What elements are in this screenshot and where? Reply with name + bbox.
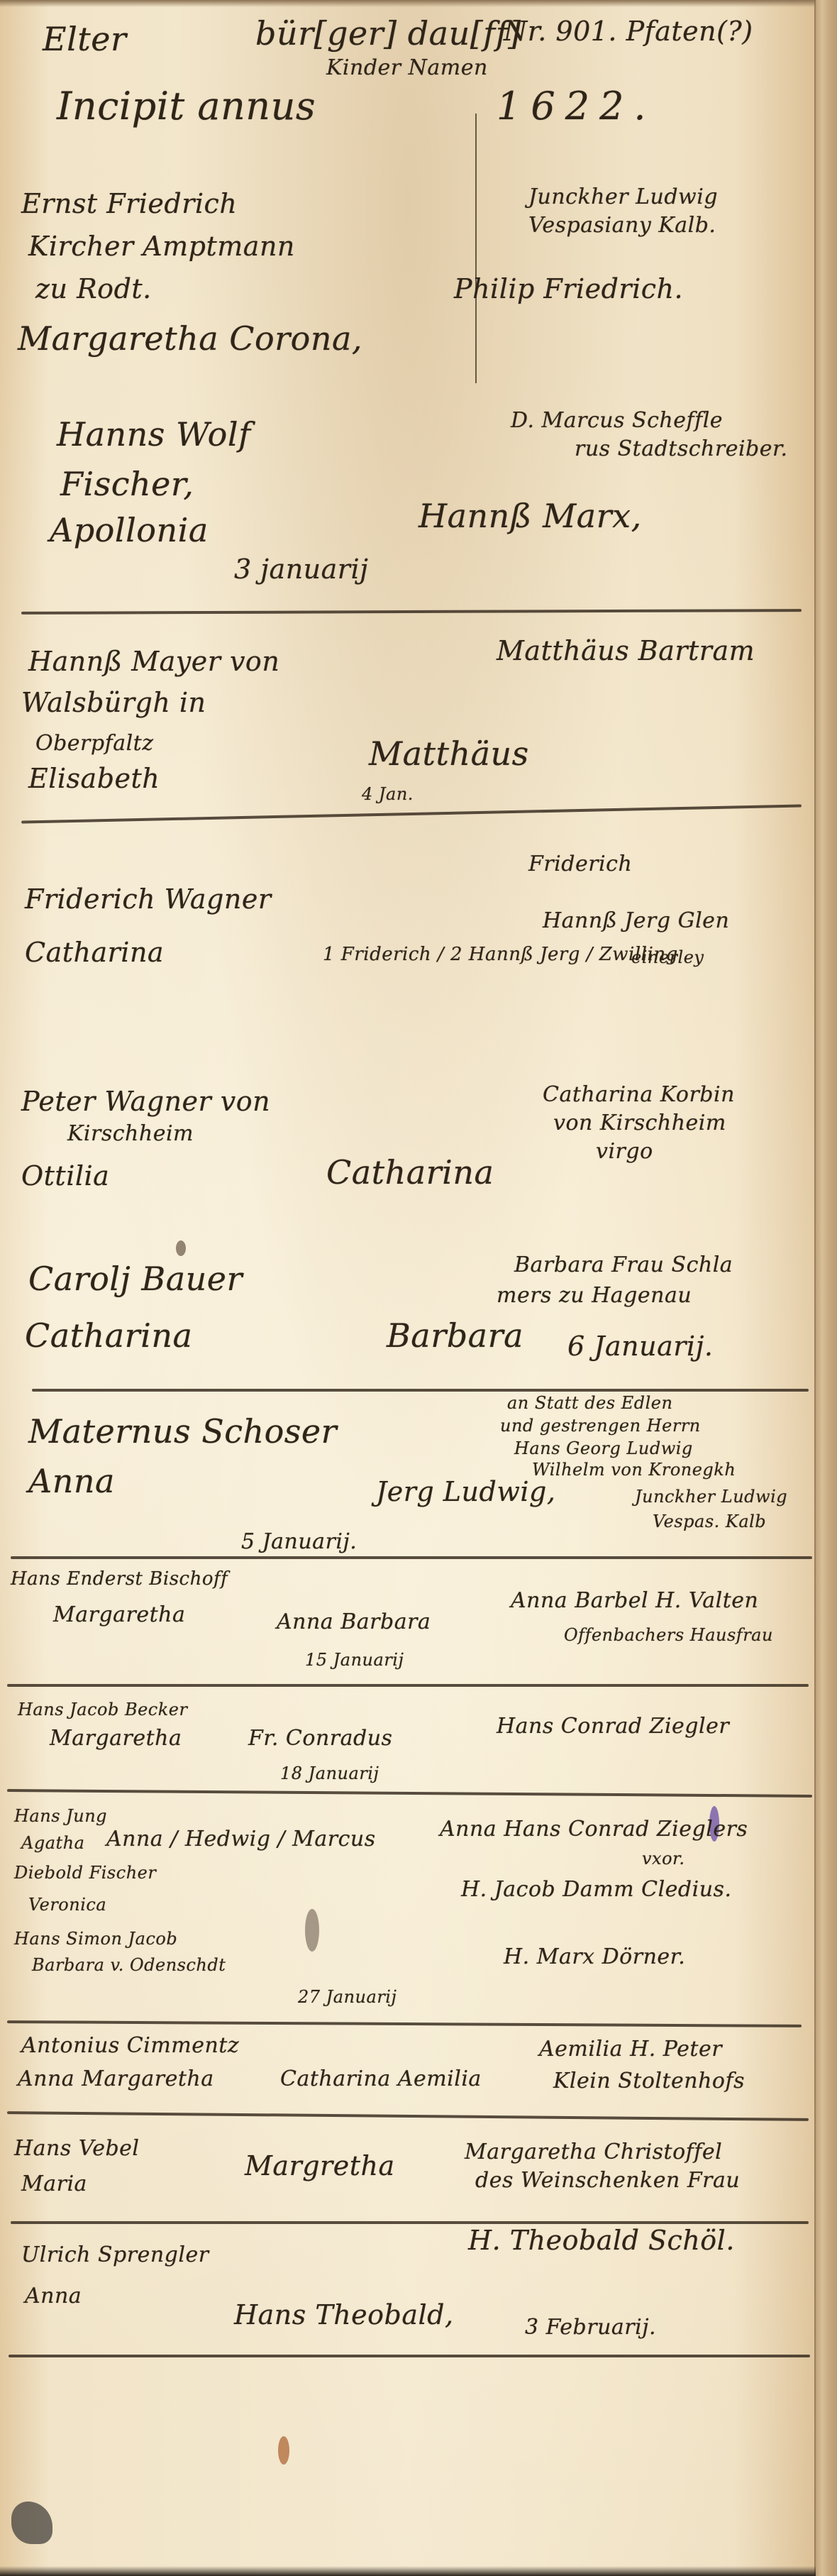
entry-9-godparent-1: Hans Conrad Ziegler xyxy=(497,1714,729,1739)
entry-11-parent-1: Antonius Cimmentz xyxy=(21,2033,239,2058)
entry-7-godparent-2: und gestrengen Herrn xyxy=(500,1416,701,1436)
entry-4-parent-1: Friderich Wagner xyxy=(25,884,272,915)
entry-6-date: 6 Januarij. xyxy=(567,1331,713,1362)
incipit-annus: Incipit annus xyxy=(57,84,316,128)
entry-10-parent-6: Barbara v. Odenschdt xyxy=(32,1955,226,1975)
entry-10-godparent-2: vxor. xyxy=(642,1849,685,1868)
entry-4-child: 1 Friderich / 2 Hannß Jerg / Zwilling xyxy=(323,944,678,965)
entry-4-parent-2: Catharina xyxy=(25,937,164,968)
entry-10-date: 27 Januarij xyxy=(298,1987,397,2007)
entry-10-godparent-4: H. Marx Dörner. xyxy=(504,1944,685,1969)
entry-9-child: Fr. Conradus xyxy=(248,1726,392,1751)
page-edge xyxy=(814,0,837,2576)
entry-13-child: Hans Theobald, xyxy=(234,2299,454,2330)
entry-10-child: Anna / Hedwig / Marcus xyxy=(106,1827,376,1851)
entry-10-parent-2: Agatha xyxy=(21,1833,84,1853)
entry-1-parent-1: Ernst Friedrich xyxy=(21,188,237,219)
entry-7-child: Jerg Ludwig, xyxy=(376,1476,555,1507)
entry-10-parent-5: Hans Simon Jacob xyxy=(14,1929,177,1949)
entry-9-parent-2: Margaretha xyxy=(50,1726,182,1751)
entry-divider xyxy=(32,1389,809,1392)
ink-spot xyxy=(176,1240,186,1256)
entry-8-godparent-2: Offenbachers Hausfrau xyxy=(564,1625,773,1645)
entry-11-godparent-1: Aemilia H. Peter xyxy=(539,2037,722,2062)
entry-10-parent-1: Hans Jung xyxy=(14,1806,107,1826)
entry-5-godparent-1: Catharina Korbin xyxy=(543,1082,735,1107)
entry-10-parent-3: Diebold Fischer xyxy=(14,1863,156,1883)
entry-3-parent-4: Elisabeth xyxy=(28,763,160,794)
entry-7-godparent-1: an Statt des Edlen xyxy=(507,1393,672,1413)
entry-9-date: 18 Januarij xyxy=(280,1763,379,1783)
entry-5-parent-1: Peter Wagner von xyxy=(21,1086,270,1117)
header-kinder-namen: Kinder Namen xyxy=(326,55,488,80)
entry-9-parent-1: Hans Jacob Becker xyxy=(18,1700,187,1719)
entry-12-child: Margretha xyxy=(245,2150,395,2181)
entry-12-godparent-2: des Weinschenken Frau xyxy=(475,2168,740,2193)
entry-1-parent-2: Kircher Amptmann xyxy=(28,231,295,262)
bottom-shadow xyxy=(0,2566,816,2576)
entry-4-godparent-3: einerley xyxy=(631,947,704,967)
entry-6-parent-1: Carolj Bauer xyxy=(28,1260,243,1298)
entry-12-godparent-1: Margaretha Christoffel xyxy=(465,2140,722,2164)
entry-7-parent-1: Maternus Schoser xyxy=(28,1412,337,1451)
entry-10-parent-4: Veronica xyxy=(28,1895,106,1915)
entry-3-parent-1: Hannß Mayer von xyxy=(28,646,279,677)
entry-7-godparent-3: Hans Georg Ludwig xyxy=(514,1438,693,1458)
entry-1-parent-4: Margaretha Corona, xyxy=(18,319,362,358)
year: 1622. xyxy=(497,84,656,128)
entry-11-parent-2: Anna Margaretha xyxy=(18,2066,214,2091)
entry-5-godparent-3: virgo xyxy=(596,1139,653,1164)
entry-8-parent-1: Hans Enderst Bischoff xyxy=(11,1568,228,1590)
entry-6-godparent-1: Barbara Frau Schla xyxy=(514,1253,733,1277)
entry-3-godparent-1: Matthäus Bartram xyxy=(497,635,755,666)
entry-divider xyxy=(7,1684,809,1687)
entry-7-godparent-4: Wilhelm von Kronegkh xyxy=(532,1460,736,1480)
entry-5-parent-3: Ottilia xyxy=(21,1160,109,1191)
header-number: Nr. 901. Pfaten(?) xyxy=(504,16,753,47)
entry-2-parent-2: Fischer, xyxy=(60,465,194,503)
entry-3-date: 4 Jan. xyxy=(362,784,414,804)
header-elter: Elter xyxy=(43,20,127,58)
entry-2-godparent-1: D. Marcus Scheffle xyxy=(511,408,723,433)
entry-1-godparent-1: Junckher Ludwig xyxy=(528,185,718,209)
entry-divider xyxy=(11,1556,812,1559)
header-burger-tauf: bür[ger] dau[ff] xyxy=(255,14,521,53)
entry-3-child: Matthäus xyxy=(369,734,529,773)
entry-4-godparent-2: Hannß Jerg Glen xyxy=(543,908,729,933)
entry-13-date: 3 Februarij. xyxy=(525,2315,656,2340)
entry-divider xyxy=(11,2221,809,2224)
entry-13-parent-2: Anna xyxy=(25,2284,82,2308)
entry-12-parent-2: Maria xyxy=(21,2172,87,2196)
entry-10-godparent-3: H. Jacob Damm Cledius. xyxy=(461,1877,731,1902)
entry-8-date: 15 Januarij xyxy=(305,1650,404,1670)
entry-12-parent-1: Hans Vebel xyxy=(14,2136,140,2161)
entry-4-godparent-1: Friderich xyxy=(528,852,632,876)
entry-2-godparent-2: rus Stadtschreiber. xyxy=(575,436,788,461)
entry-8-child: Anna Barbara xyxy=(277,1609,431,1634)
entry-7-parent-2: Anna xyxy=(28,1462,115,1500)
entry-13-godparent-1: H. Theobald Schöl. xyxy=(468,2225,735,2256)
top-shadow xyxy=(0,0,816,7)
entry-8-parent-2: Margaretha xyxy=(53,1602,185,1627)
entry-2-child: Hannß Marx, xyxy=(418,497,642,535)
entry-1-parent-3: zu Rodt. xyxy=(35,273,152,304)
entry-6-child: Barbara xyxy=(387,1316,523,1355)
entry-1-child: Philip Friedrich. xyxy=(454,273,683,304)
entry-7-godparent-5: Junckher Ludwig xyxy=(635,1487,787,1507)
entry-10-godparent-1: Anna Hans Conrad Zieglers xyxy=(440,1817,748,1842)
entry-5-parent-2: Kirschheim xyxy=(67,1121,194,1146)
entry-divider xyxy=(9,2355,810,2357)
entry-2-parent-3: Apollonia xyxy=(50,511,209,549)
entry-7-godparent-6: Vespas. Kalb xyxy=(653,1512,766,1531)
entry-6-godparent-2: mers zu Hagenau xyxy=(497,1283,692,1308)
entry-5-child: Catharina xyxy=(326,1153,494,1191)
entry-8-godparent-1: Anna Barbel H. Valten xyxy=(511,1588,758,1613)
entry-6-parent-2: Catharina xyxy=(25,1316,192,1355)
entry-5-godparent-2: von Kirschheim xyxy=(553,1111,726,1135)
entry-2-date: 3 januarij xyxy=(234,554,368,585)
rust-spot xyxy=(278,2436,289,2465)
entry-7-date: 5 Januarij. xyxy=(241,1529,357,1554)
entry-13-parent-1: Ulrich Sprengler xyxy=(21,2242,209,2267)
entry-11-godparent-2: Klein Stoltenhofs xyxy=(553,2069,745,2093)
entry-1-godparent-2: Vespasiany Kalb. xyxy=(528,213,716,238)
column-divider xyxy=(475,114,477,383)
entry-2-parent-1: Hanns Wolf xyxy=(57,415,251,453)
grey-smudge xyxy=(305,1909,319,1952)
entry-3-parent-2: Walsbürgh in xyxy=(21,687,206,718)
entry-3-parent-3: Oberpfaltz xyxy=(35,731,154,756)
entry-11-child: Catharina Aemilia xyxy=(280,2066,482,2091)
